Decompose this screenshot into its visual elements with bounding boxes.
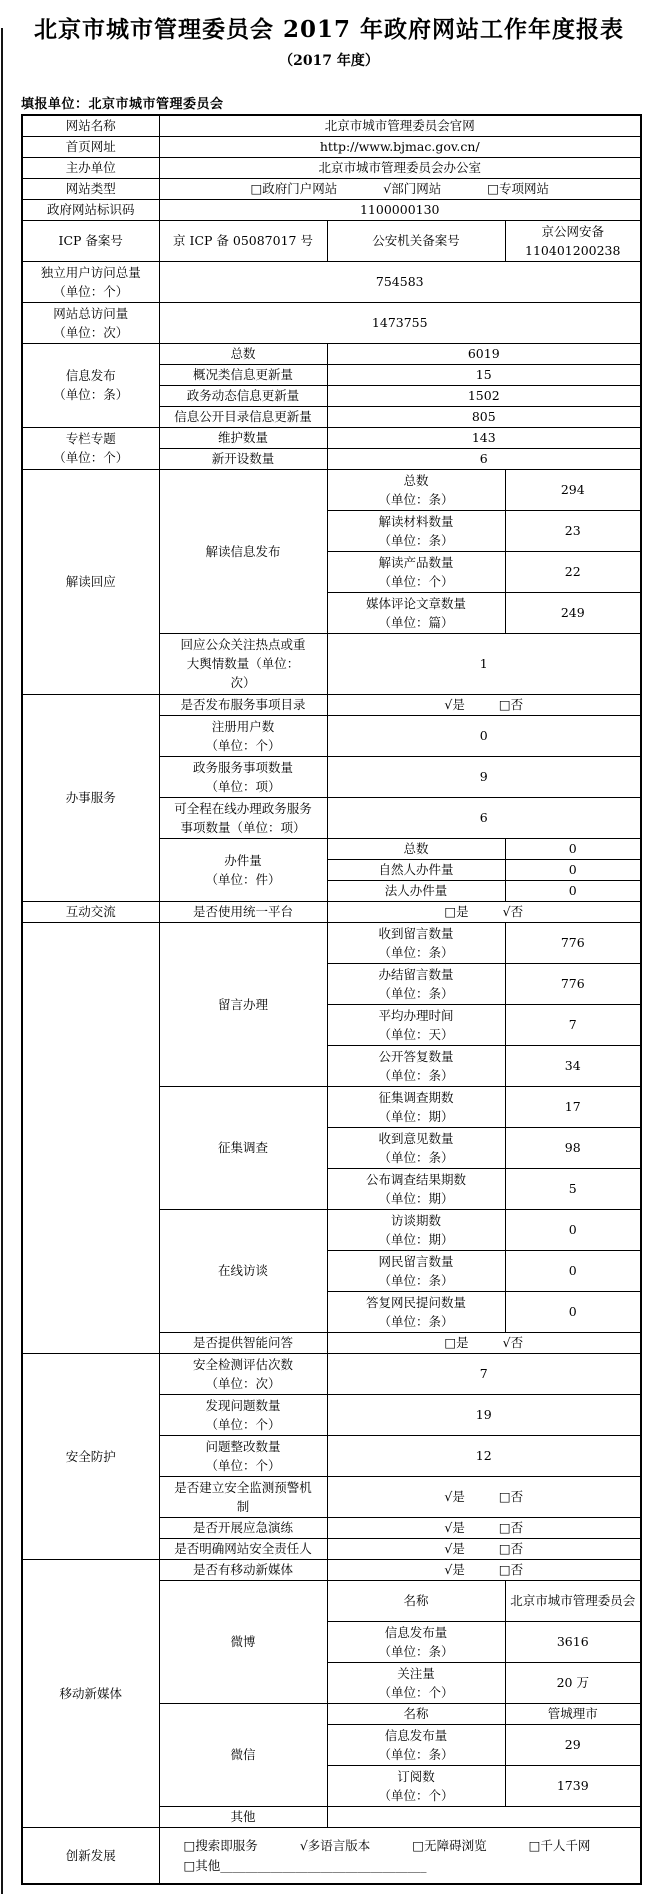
other-media-label: 其他	[159, 1806, 327, 1827]
metric-label: 新开设数量	[159, 448, 327, 469]
checkbox-option: √部门网站	[383, 179, 441, 198]
organizer-value: 北京市城市管理委员会办公室	[159, 157, 641, 178]
metric-label: 关注量 （单位：个）	[327, 1662, 505, 1703]
checkbox-option: □搜索即服务	[184, 1836, 258, 1855]
catalog-choice: √是 □否	[327, 694, 641, 715]
page-subtitle: （2017 年度）	[0, 50, 658, 70]
checkbox-option: □千人千网	[529, 1836, 591, 1855]
innovation-options: □搜索即服务 √多语言版本 □无障碍浏览 □千人千网 □其他__________…	[159, 1827, 641, 1884]
metric-label: 公开答复数量 （单位：条）	[327, 1045, 505, 1086]
site-name-label: 网站名称	[22, 115, 159, 136]
metric-label: 信息发布量 （单位：条）	[327, 1724, 505, 1765]
metric-label: 概况类信息更新量	[159, 364, 327, 385]
table-row: 网站类型 □政府门户网站 √部门网站 □专项网站	[22, 178, 641, 199]
metric-value: 19	[327, 1394, 641, 1435]
other-media-value	[327, 1806, 641, 1827]
metric-value: 3616	[505, 1621, 641, 1662]
section-special-topics: 专栏专题 （单位：个）	[22, 427, 159, 469]
section-interpretation: 解读回应	[22, 469, 159, 694]
metric-label: 信息发布量 （单位：条）	[327, 1621, 505, 1662]
checkbox-option: □否	[499, 1518, 523, 1537]
section-mobile-media: 移动新媒体	[22, 1559, 159, 1827]
scan-edge-artifact	[1, 28, 3, 1894]
metric-value: 7	[505, 1004, 641, 1045]
checkbox-option: √是	[444, 1518, 464, 1537]
metric-value: 23	[505, 510, 641, 551]
hotspot-value: 1	[327, 633, 641, 694]
interviews-label: 在线访谈	[159, 1209, 327, 1332]
police-record-line1: 京公网安备	[509, 222, 638, 241]
home-url-value: http://www.bjmac.gov.cn/	[159, 136, 641, 157]
annual-report-table: 网站名称 北京市城市管理委员会官网 首页网址 http://www.bjmac.…	[21, 114, 642, 1885]
metric-label: 总数	[327, 838, 505, 859]
metric-label: 发现问题数量 （单位：个）	[159, 1394, 327, 1435]
metric-label: 政务服务事项数量 （单位：项）	[159, 756, 327, 797]
metric-value: 9	[327, 756, 641, 797]
metric-value: 0	[505, 1250, 641, 1291]
metric-value: 34	[505, 1045, 641, 1086]
checkbox-option: √否	[503, 1333, 523, 1352]
police-record-value: 京公网安备 110401200238	[505, 220, 641, 261]
interpretation-publish-label: 解读信息发布	[159, 469, 327, 633]
metric-label: 名称	[327, 1703, 505, 1724]
metric-value: 0	[505, 880, 641, 901]
total-visits-label: 网站总访问量 （单位：次）	[22, 302, 159, 343]
metric-value: 17	[505, 1086, 641, 1127]
smart-qa-label: 是否提供智能问答	[159, 1332, 327, 1353]
metric-value: 294	[505, 469, 641, 510]
metric-label: 订阅数 （单位：个）	[327, 1765, 505, 1806]
section-security: 安全防护	[22, 1353, 159, 1559]
site-id-label: 政府网站标识码	[22, 199, 159, 220]
table-row: 首页网址 http://www.bjmac.gov.cn/	[22, 136, 641, 157]
catalog-label: 是否发布服务事项目录	[159, 694, 327, 715]
metric-label: 访谈期数 （单位：期）	[327, 1209, 505, 1250]
metric-value: 1502	[327, 385, 641, 406]
site-type-options: □政府门户网站 √部门网站 □专项网站	[159, 178, 641, 199]
metric-label: 解读产品数量 （单位：个）	[327, 551, 505, 592]
table-row: ICP 备案号 京 ICP 备 05087017 号 公安机关备案号 京公网安备…	[22, 220, 641, 261]
metric-value: 776	[505, 963, 641, 1004]
checkbox-option: □政府门户网站	[250, 179, 337, 198]
icp-value: 京 ICP 备 05087017 号	[159, 220, 327, 261]
icp-label: ICP 备案号	[22, 220, 159, 261]
metric-label: 政务动态信息更新量	[159, 385, 327, 406]
metric-value: 1739	[505, 1765, 641, 1806]
police-record-line2: 110401200238	[509, 241, 638, 260]
messages-label: 留言办理	[159, 922, 327, 1086]
site-type-label: 网站类型	[22, 178, 159, 199]
metric-value: 22	[505, 551, 641, 592]
checkbox-option: √是	[444, 1539, 464, 1558]
smart-qa-choice: □是 √否	[327, 1332, 641, 1353]
table-row: 留言办理 收到留言数量 （单位：条） 776	[22, 922, 641, 963]
metric-label: 收到意见数量 （单位：条）	[327, 1127, 505, 1168]
metric-value: 7	[327, 1353, 641, 1394]
metric-value: 0	[505, 1209, 641, 1250]
metric-value: 6019	[327, 343, 641, 364]
metric-value: 0	[505, 859, 641, 880]
metric-value: 143	[327, 427, 641, 448]
checkbox-option: √否	[503, 902, 523, 921]
weibo-label: 微博	[159, 1580, 327, 1703]
metric-value: 5	[505, 1168, 641, 1209]
metric-label: 公布调查结果期数 （单位：期）	[327, 1168, 505, 1209]
metric-value: 北京市城市管理委员会	[505, 1580, 641, 1621]
section-services: 办事服务	[22, 694, 159, 901]
metric-label: 收到留言数量 （单位：条）	[327, 922, 505, 963]
metric-label: 可全程在线办理政务服务事项数量（单位：项）	[159, 797, 327, 838]
organizer-label: 主办单位	[22, 157, 159, 178]
security-check-choice: √是 □否	[327, 1517, 641, 1538]
checkbox-option: □否	[499, 695, 523, 714]
checkbox-option: √多语言版本	[300, 1836, 370, 1855]
metric-label: 信息公开目录信息更新量	[159, 406, 327, 427]
metric-label: 法人办件量	[327, 880, 505, 901]
metric-label: 平均办理时间 （单位：天）	[327, 1004, 505, 1045]
metric-value: 0	[327, 715, 641, 756]
section-interaction: 互动交流	[22, 901, 159, 922]
section-info-release: 信息发布 （单位：条）	[22, 343, 159, 427]
checkbox-option: □是	[444, 902, 468, 921]
metric-label: 总数	[159, 343, 327, 364]
checkbox-option-other: □其他_________________________________	[184, 1856, 638, 1875]
checkbox-option: □专项网站	[487, 179, 549, 198]
checkbox-option: √是	[444, 695, 464, 714]
metric-label: 安全检测评估次数 （单位：次）	[159, 1353, 327, 1394]
police-record-label: 公安机关备案号	[327, 220, 505, 261]
metric-label: 网民留言数量 （单位：条）	[327, 1250, 505, 1291]
table-row: 移动新媒体 是否有移动新媒体 √是 □否	[22, 1559, 641, 1580]
volume-label: 办件量 （单位：件）	[159, 838, 327, 901]
unified-platform-choice: □是 √否	[327, 901, 641, 922]
checkbox-option: □否	[499, 1539, 523, 1558]
metric-value: 0	[505, 1291, 641, 1332]
metric-value: 776	[505, 922, 641, 963]
table-row: 信息发布 （单位：条） 总数 6019	[22, 343, 641, 364]
table-row: 办事服务 是否发布服务事项目录 √是 □否	[22, 694, 641, 715]
has-media-choice: √是 □否	[327, 1559, 641, 1580]
security-check-choice: √是 □否	[327, 1476, 641, 1517]
has-media-label: 是否有移动新媒体	[159, 1559, 327, 1580]
site-id-value: 1100000130	[159, 199, 641, 220]
hotspot-label: 回应公众关注热点或重大舆情数量（单位：次）	[159, 633, 327, 694]
metric-label: 问题整改数量 （单位：个）	[159, 1435, 327, 1476]
unified-platform-label: 是否使用统一平台	[159, 901, 327, 922]
table-row: 互动交流 是否使用统一平台 □是 √否	[22, 901, 641, 922]
security-check-label: 是否建立安全监测预警机制	[159, 1476, 327, 1517]
checkbox-option: √是	[444, 1560, 464, 1579]
table-row: 网站名称 北京市城市管理委员会官网	[22, 115, 641, 136]
metric-value: 6	[327, 448, 641, 469]
security-check-label: 是否明确网站安全责任人	[159, 1538, 327, 1559]
metric-value: 15	[327, 364, 641, 385]
security-check-choice: √是 □否	[327, 1538, 641, 1559]
metric-value: 12	[327, 1435, 641, 1476]
checkbox-option: □否	[499, 1487, 523, 1506]
table-row: 创新发展 □搜索即服务 √多语言版本 □无障碍浏览 □千人千网 □其他_____…	[22, 1827, 641, 1884]
metric-value: 管城理市	[505, 1703, 641, 1724]
page-title: 北京市城市管理委员会 2017 年政府网站工作年度报表	[14, 15, 644, 45]
metric-label: 注册用户数 （单位：个）	[159, 715, 327, 756]
unique-visitors-value: 754583	[159, 261, 641, 302]
metric-value: 29	[505, 1724, 641, 1765]
checkbox-option: √是	[444, 1487, 464, 1506]
metric-label: 维护数量	[159, 427, 327, 448]
metric-label: 媒体评论文章数量 （单位：篇）	[327, 592, 505, 633]
table-row: 政府网站标识码 1100000130	[22, 199, 641, 220]
metric-value: 0	[505, 838, 641, 859]
metric-label: 征集调查期数 （单位：期）	[327, 1086, 505, 1127]
metric-value: 805	[327, 406, 641, 427]
home-url-label: 首页网址	[22, 136, 159, 157]
table-row: 主办单位 北京市城市管理委员会办公室	[22, 157, 641, 178]
metric-label: 自然人办件量	[327, 859, 505, 880]
metric-value: 249	[505, 592, 641, 633]
table-row: 安全防护 安全检测评估次数 （单位：次） 7	[22, 1353, 641, 1394]
unique-visitors-label: 独立用户访问总量 （单位：个）	[22, 261, 159, 302]
section-innovation: 创新发展	[22, 1827, 159, 1884]
wechat-label: 微信	[159, 1703, 327, 1806]
filing-unit: 填报单位：北京市城市管理委员会	[21, 93, 658, 112]
metric-value: 98	[505, 1127, 641, 1168]
table-row: 解读回应 解读信息发布 总数 （单位：条） 294	[22, 469, 641, 510]
checkbox-option: □否	[499, 1560, 523, 1579]
total-visits-value: 1473755	[159, 302, 641, 343]
checkbox-option: □是	[444, 1333, 468, 1352]
metric-label: 答复网民提问数量 （单位：条）	[327, 1291, 505, 1332]
security-check-label: 是否开展应急演练	[159, 1517, 327, 1538]
metric-label: 总数 （单位：条）	[327, 469, 505, 510]
checkbox-option: □无障碍浏览	[412, 1836, 486, 1855]
table-row: 网站总访问量 （单位：次） 1473755	[22, 302, 641, 343]
table-row: 专栏专题 （单位：个） 维护数量 143	[22, 427, 641, 448]
metric-label: 名称	[327, 1580, 505, 1621]
surveys-label: 征集调查	[159, 1086, 327, 1209]
metric-value: 6	[327, 797, 641, 838]
table-row: 独立用户访问总量 （单位：个） 754583	[22, 261, 641, 302]
metric-label: 解读材料数量 （单位：条）	[327, 510, 505, 551]
metric-label: 办结留言数量 （单位：条）	[327, 963, 505, 1004]
site-name-value: 北京市城市管理委员会官网	[159, 115, 641, 136]
metric-value: 20 万	[505, 1662, 641, 1703]
interaction-spacer-cell	[22, 922, 159, 1353]
